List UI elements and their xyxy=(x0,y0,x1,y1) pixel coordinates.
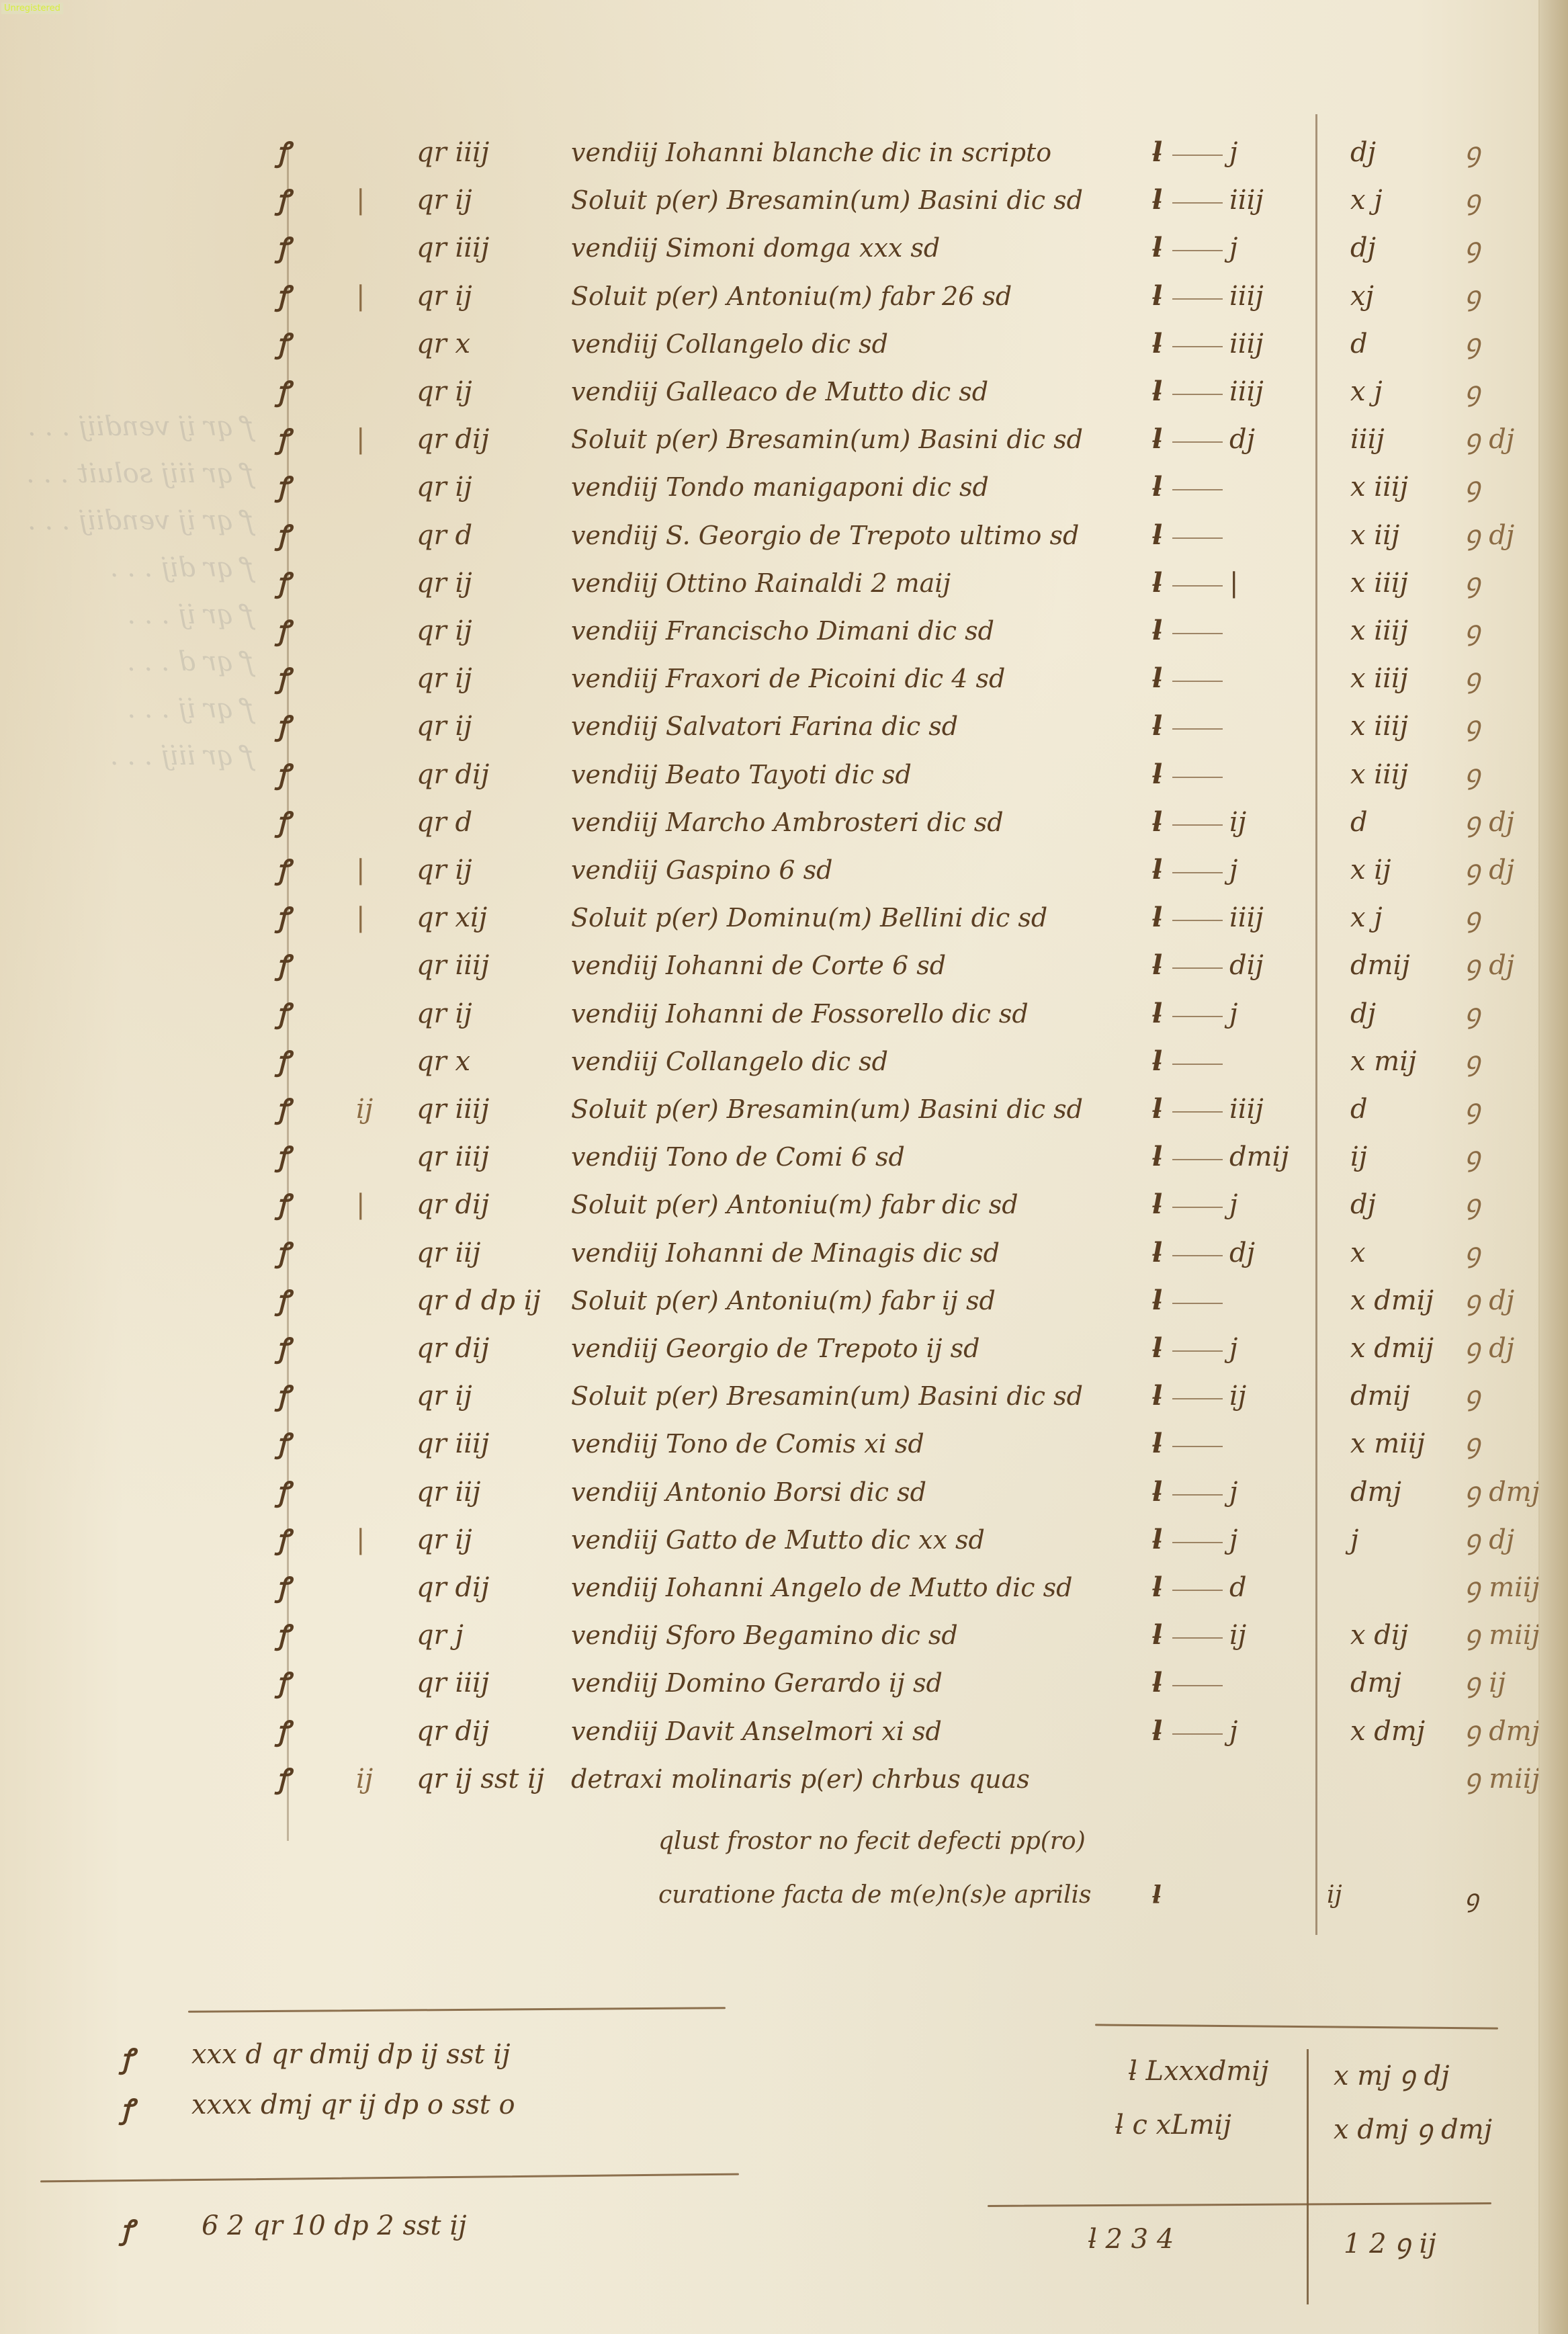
pound-dash-line xyxy=(1172,872,1223,873)
entry-quantity: qr ij xyxy=(417,562,537,604)
entry-pounds: ƚ xyxy=(1152,658,1192,699)
entry-shillings: ij xyxy=(1229,1614,1303,1656)
entry-pence: iiij xyxy=(1350,419,1438,460)
entry-obols: ꝯ dj xyxy=(1465,802,1538,843)
entry-shillings: j xyxy=(1229,132,1303,173)
pound-dash-line xyxy=(1172,1494,1223,1496)
ledger-row: ꝭ|qr dijSoluit p(er) Antoniu(m) fabr dic… xyxy=(0,1184,1538,1225)
note-line-1: qlust frostor no fecit defecti pp(ro) xyxy=(658,1827,1086,1855)
entry-mark-icon: ꝭ xyxy=(277,227,304,269)
entry-pence: dj xyxy=(1350,132,1438,173)
entry-shillings: ij xyxy=(1229,802,1303,843)
entry-obols: ꝯ xyxy=(1465,993,1538,1035)
entry-pounds: ƚ xyxy=(1152,419,1192,460)
note-lb: ƚ xyxy=(1152,1881,1162,1909)
entry-obols: ꝯ xyxy=(1465,1136,1538,1178)
entry-obols: ꝯ xyxy=(1465,275,1538,317)
pound-dash-line xyxy=(1172,1111,1223,1113)
entry-quantity: qr iiij xyxy=(417,1088,537,1130)
pound-dash-line xyxy=(1172,1350,1223,1352)
ledger-row: ꝭqr iijvendiij Antonio Borsi dic sdƚjdmj… xyxy=(0,1471,1538,1513)
entry-mark-icon: ꝭ xyxy=(277,1423,304,1465)
totals-right-divider xyxy=(1307,2049,1309,2304)
pound-dash-line xyxy=(1172,1064,1223,1065)
entry-pence: x iiij xyxy=(1350,754,1438,795)
entry-mark-icon: ꝭ xyxy=(277,849,304,891)
entry-pounds: ƚ xyxy=(1152,371,1192,413)
entry-quantity: qr x xyxy=(417,1041,537,1082)
ledger-row: ꝭqr xvendiij Collangelo dic sdƚx mijꝯ xyxy=(0,1041,1538,1082)
entry-quantity: qr ij xyxy=(417,179,537,221)
pound-dash-line xyxy=(1172,1303,1223,1304)
entry-pence: x j xyxy=(1350,179,1438,221)
entry-mark-icon: ꝭ xyxy=(277,1375,304,1417)
entry-mark-icon: ꝭ xyxy=(277,1519,304,1561)
ledger-row: ꝭqr dijvendiij Iohanni Angelo de Mutto d… xyxy=(0,1567,1538,1608)
entry-obols: ꝯ xyxy=(1465,658,1538,699)
entry-mark-icon: ꝭ xyxy=(277,1136,304,1178)
ledger-row: ꝭqr iiijvendiij Simoni domga xxx sdƚjdjꝯ xyxy=(0,227,1538,269)
totals-left-line-2: xxxx dmj qr ij dp o sst o xyxy=(191,2089,515,2120)
totals-left-mark-2: ꝭ xyxy=(121,2089,134,2126)
entry-pence: x miij xyxy=(1350,1423,1438,1465)
entry-mark-icon: ꝭ xyxy=(277,1614,304,1656)
entry-shillings: j xyxy=(1229,1184,1303,1225)
entry-obols: ꝯ dj xyxy=(1465,1328,1538,1369)
entry-description: Soluit p(er) Antoniu(m) fabr 26 sd xyxy=(571,275,1162,317)
entry-pence: x mij xyxy=(1350,1041,1438,1082)
entry-pence: d xyxy=(1350,802,1438,843)
ledger-row: ꝭqr ijvendiij Salvatori Farina dic sdƚx … xyxy=(0,705,1538,747)
ledger-row: ꝭqr dijvendiij Beato Tayoti dic sdƚx iii… xyxy=(0,754,1538,795)
entry-description: vendiij Marcho Ambrosteri dic sd xyxy=(571,802,1162,843)
entry-description: Soluit p(er) Bresamin(um) Basini dic sd xyxy=(571,419,1162,460)
binding-gutter xyxy=(1538,0,1568,2334)
ledger-row: ꝭqr dvendiij S. Georgio de Trepoto ultim… xyxy=(0,515,1538,556)
entry-mark-icon: ꝭ xyxy=(277,562,304,604)
totals-left-line-1: xxx d qr dmij dp ij sst ij xyxy=(191,2039,510,2070)
entry-pounds: ƚ xyxy=(1152,945,1192,986)
pound-dash-line xyxy=(1172,920,1223,921)
entry-description: vendiij Collangelo dic sd xyxy=(571,1041,1162,1082)
entry-tick: | xyxy=(356,897,383,939)
entry-description: vendiij Sforo Begamino dic sd xyxy=(571,1614,1162,1656)
pound-dash-line xyxy=(1172,1685,1223,1686)
entry-obols: ꝯ miij xyxy=(1465,1614,1538,1656)
entry-pounds: ƚ xyxy=(1152,1471,1192,1513)
entry-obols: ꝯ dj xyxy=(1465,515,1538,556)
entry-pounds: ƚ xyxy=(1152,323,1192,365)
entry-pence: dmij xyxy=(1350,1375,1438,1417)
entry-quantity: qr iij xyxy=(417,1471,537,1513)
entry-pence: x dij xyxy=(1350,1614,1438,1656)
entry-tick: | xyxy=(356,275,383,317)
entry-obols: ꝯ dj xyxy=(1465,1280,1538,1322)
entry-pounds: ƚ xyxy=(1152,1280,1192,1322)
ledger-row: ꝭqr iiijvendiij Iohanni de Corte 6 sdƚdi… xyxy=(0,945,1538,986)
entry-mark-icon: ꝭ xyxy=(277,419,304,460)
ledger-row: ꝭqr xvendiij Collangelo dic sdƚiiijdꝯ xyxy=(0,323,1538,365)
entry-tick: | xyxy=(356,1184,383,1225)
entry-pence: ij xyxy=(1350,1136,1438,1178)
entry-obols: ꝯ dj xyxy=(1465,419,1538,460)
entry-obols: ꝯ xyxy=(1465,1423,1538,1465)
entry-quantity: qr iiij xyxy=(417,132,537,173)
ledger-row: ꝭ|qr xijSoluit p(er) Dominu(m) Bellini d… xyxy=(0,897,1538,939)
entry-mark-icon: ꝭ xyxy=(277,1041,304,1082)
entry-pence: x dmij xyxy=(1350,1328,1438,1369)
entry-obols: ꝯ ij xyxy=(1465,1662,1538,1704)
ledger-row: ꝭijqr iiijSoluit p(er) Bresamin(um) Basi… xyxy=(0,1088,1538,1130)
entry-tick: | xyxy=(356,419,383,460)
entry-quantity: qr ij xyxy=(417,610,537,652)
entry-pence: x iiij xyxy=(1350,610,1438,652)
entry-pounds: ƚ xyxy=(1152,515,1192,556)
pound-dash-line xyxy=(1172,346,1223,347)
entry-description: vendiij Georgio de Trepoto ij sd xyxy=(571,1328,1162,1369)
entry-description: vendiij Tono de Comis xi sd xyxy=(571,1423,1162,1465)
entry-pounds: ƚ xyxy=(1152,1088,1192,1130)
entry-shillings: dj xyxy=(1229,419,1303,460)
entry-pounds: ƚ xyxy=(1152,705,1192,747)
ledger-row: ꝭqr ijSoluit p(er) Bresamin(um) Basini d… xyxy=(0,1375,1538,1417)
totals-left-bottom-rule xyxy=(40,2173,739,2183)
entry-shillings: j xyxy=(1229,1519,1303,1561)
ledger-row: ꝭqr dijvendiij Davit Anselmori xi sdƚjx … xyxy=(0,1711,1538,1752)
entry-mark-icon: ꝭ xyxy=(277,1184,304,1225)
entry-pounds: ƚ xyxy=(1152,466,1192,508)
entry-shillings: dij xyxy=(1229,945,1303,986)
pound-dash-line xyxy=(1172,250,1223,251)
entry-mark-icon: ꝭ xyxy=(277,323,304,365)
ledger-row: ꝭqr ijvendiij Galleaco de Mutto dic sdƚi… xyxy=(0,371,1538,413)
entry-description: Soluit p(er) Antoniu(m) fabr dic sd xyxy=(571,1184,1162,1225)
entry-description: vendiij Ottino Rainaldi 2 maij xyxy=(571,562,1162,604)
entry-quantity: qr dij xyxy=(417,1184,537,1225)
totals-left-sum-mark: ꝭ xyxy=(121,2210,134,2247)
entry-pounds: ƚ xyxy=(1152,1567,1192,1608)
entry-obols: ꝯ xyxy=(1465,754,1538,795)
pound-dash-line xyxy=(1172,202,1223,204)
entry-obols: ꝯ xyxy=(1465,1232,1538,1274)
pound-dash-line xyxy=(1172,1398,1223,1399)
entry-quantity: qr dij xyxy=(417,419,537,460)
entry-obols: ꝯ xyxy=(1465,371,1538,413)
entry-description: vendiij Galleaco de Mutto dic sd xyxy=(571,371,1162,413)
entry-shillings: d xyxy=(1229,1567,1303,1608)
totals-right-line-1-right: x mj ꝯ dj xyxy=(1334,2056,1450,2093)
pound-dash-line xyxy=(1172,824,1223,826)
ledger-row: ꝭqr d dp ijSoluit p(er) Antoniu(m) fabr … xyxy=(0,1280,1538,1322)
entry-pounds: ƚ xyxy=(1152,849,1192,891)
entry-pounds: ƚ xyxy=(1152,1041,1192,1082)
entry-pence: x xyxy=(1350,1232,1438,1274)
entry-obols: ꝯ xyxy=(1465,466,1538,508)
pound-dash-line xyxy=(1172,585,1223,587)
entry-pence: x iiij xyxy=(1350,466,1438,508)
pound-dash-line xyxy=(1172,537,1223,539)
entry-pounds: ƚ xyxy=(1152,1519,1192,1561)
pound-dash-line xyxy=(1172,1590,1223,1591)
totals-right-sum-right: 1 2 ꝯ ij xyxy=(1344,2224,1436,2261)
totals-left-sum: 6 2 qr 10 dp 2 sst ij xyxy=(202,2210,467,2241)
entry-shillings: dj xyxy=(1229,1232,1303,1274)
entry-shillings: iiij xyxy=(1229,1088,1303,1130)
entry-description: Soluit p(er) Dominu(m) Bellini dic sd xyxy=(571,897,1162,939)
entry-pence: x j xyxy=(1350,897,1438,939)
entry-quantity: qr iiij xyxy=(417,1423,537,1465)
ledger-row: ꝭ|qr dijSoluit p(er) Bresamin(um) Basini… xyxy=(0,419,1538,460)
entry-tick: | xyxy=(356,179,383,221)
entry-pence: x ij xyxy=(1350,849,1438,891)
entry-shillings: iiij xyxy=(1229,897,1303,939)
entry-mark-icon: ꝭ xyxy=(277,466,304,508)
entry-mark-icon: ꝭ xyxy=(277,515,304,556)
ledger-row: ꝭqr iiijvendiij Tono de Comis xi sdƚx mi… xyxy=(0,1423,1538,1465)
entry-description: vendiij Davit Anselmori xi sd xyxy=(571,1711,1162,1752)
pound-dash-line xyxy=(1172,155,1223,156)
entry-quantity: qr j xyxy=(417,1614,537,1656)
pound-dash-line xyxy=(1172,1637,1223,1639)
entry-pounds: ƚ xyxy=(1152,1423,1192,1465)
pound-dash-line xyxy=(1172,777,1223,778)
entry-pence: dmij xyxy=(1350,945,1438,986)
entry-obols: ꝯ xyxy=(1465,132,1538,173)
entry-pounds: ƚ xyxy=(1152,179,1192,221)
entry-quantity: qr iiij xyxy=(417,227,537,269)
entry-shillings: j xyxy=(1229,1471,1303,1513)
entry-shillings: dmij xyxy=(1229,1136,1303,1178)
entry-mark-icon: ꝭ xyxy=(277,1711,304,1752)
entry-tick: ij xyxy=(356,1088,383,1130)
totals-right-bottom-rule xyxy=(988,2202,1491,2207)
entry-obols: ꝯ xyxy=(1465,705,1538,747)
entry-pence: j xyxy=(1350,1519,1438,1561)
pound-dash-line xyxy=(1172,298,1223,300)
entry-description: detraxi molinaris p(er) chrbus quas xyxy=(571,1758,1162,1800)
ledger-row: ꝭqr ijvendiij Fraxori de Picoini dic 4 s… xyxy=(0,658,1538,699)
entry-mark-icon: ꝭ xyxy=(277,1758,304,1800)
entry-description: vendiij Gaspino 6 sd xyxy=(571,849,1162,891)
totals-right-line-2-right: x dmj ꝯ dmj xyxy=(1334,2110,1492,2147)
ledger-row: ꝭqr iiijvendiij Tono de Comi 6 sdƚdmijij… xyxy=(0,1136,1538,1178)
pound-dash-line xyxy=(1172,1446,1223,1447)
entry-shillings: iiij xyxy=(1229,323,1303,365)
ledger-row: ꝭqr jvendiij Sforo Begamino dic sdƚijx d… xyxy=(0,1614,1538,1656)
entry-obols: ꝯ xyxy=(1465,179,1538,221)
ledger-row: ꝭ|qr ijSoluit p(er) Antoniu(m) fabr 26 s… xyxy=(0,275,1538,317)
entry-mark-icon: ꝭ xyxy=(277,275,304,317)
ledger-row: ꝭqr ijvendiij Tondo manigaponi dic sdƚx … xyxy=(0,466,1538,508)
entry-pence: d xyxy=(1350,1088,1438,1130)
entry-pounds: ƚ xyxy=(1152,802,1192,843)
entry-shillings: iiij xyxy=(1229,275,1303,317)
entry-pounds: ƚ xyxy=(1152,227,1192,269)
pound-dash-line xyxy=(1172,1733,1223,1735)
pound-dash-line xyxy=(1172,394,1223,395)
entry-description: Soluit p(er) Bresamin(um) Basini dic sd xyxy=(571,1088,1162,1130)
pound-dash-line xyxy=(1172,633,1223,634)
ledger-row: ꝭqr dvendiij Marcho Ambrosteri dic sdƚij… xyxy=(0,802,1538,843)
entry-obols: ꝯ xyxy=(1465,562,1538,604)
entry-mark-icon: ꝭ xyxy=(277,945,304,986)
pound-dash-line xyxy=(1172,1542,1223,1543)
manuscript-page: Unregistered ꝭ qr ij vendiij . . .ꝭ qr i… xyxy=(0,0,1538,2334)
entry-mark-icon: ꝭ xyxy=(277,371,304,413)
entry-obols: ꝯ xyxy=(1465,610,1538,652)
totals-right-top-rule xyxy=(1095,2024,1498,2029)
entry-description: Soluit p(er) Bresamin(um) Basini dic sd xyxy=(571,179,1162,221)
entry-quantity: qr iij xyxy=(417,1232,537,1274)
ledger-row: ꝭqr iijvendiij Iohanni de Minagis dic sd… xyxy=(0,1232,1538,1274)
entry-pence: x iiij xyxy=(1350,658,1438,699)
pound-dash-line xyxy=(1172,1255,1223,1256)
entry-shillings: j xyxy=(1229,849,1303,891)
entry-obols: ꝯ xyxy=(1465,1088,1538,1130)
entry-mark-icon: ꝭ xyxy=(277,132,304,173)
entry-pence: xj xyxy=(1350,275,1438,317)
entry-obols: ꝯ dj xyxy=(1465,849,1538,891)
entry-obols: ꝯ miij xyxy=(1465,1567,1538,1608)
entry-shillings: | xyxy=(1229,562,1303,604)
entry-obols: ꝯ xyxy=(1465,897,1538,939)
unregistered-watermark: Unregistered xyxy=(1,3,63,14)
entry-mark-icon: ꝭ xyxy=(277,897,304,939)
entry-mark-icon: ꝭ xyxy=(277,1232,304,1274)
entry-pounds: ƚ xyxy=(1152,1136,1192,1178)
ledger-row: ꝭqr iiijvendiij Domino Gerardo ij sdƚdmj… xyxy=(0,1662,1538,1704)
entry-pence: x j xyxy=(1350,371,1438,413)
entry-mark-icon: ꝭ xyxy=(277,1471,304,1513)
entry-obols: ꝯ xyxy=(1465,1184,1538,1225)
entry-shillings: ij xyxy=(1229,1375,1303,1417)
pound-dash-line xyxy=(1172,1207,1223,1208)
entry-description: vendiij Collangelo dic sd xyxy=(571,323,1162,365)
entry-mark-icon: ꝭ xyxy=(277,754,304,795)
entry-mark-icon: ꝭ xyxy=(277,993,304,1035)
entry-pounds: ƚ xyxy=(1152,562,1192,604)
entry-shillings: iiij xyxy=(1229,371,1303,413)
entry-shillings: iiij xyxy=(1229,179,1303,221)
entry-mark-icon: ꝭ xyxy=(277,658,304,699)
entry-pounds: ƚ xyxy=(1152,1232,1192,1274)
note-ob: ꝯ xyxy=(1465,1881,1479,1914)
entry-obols: ꝯ dj xyxy=(1465,945,1538,986)
entry-tick: | xyxy=(356,1519,383,1561)
entry-quantity: qr ij sst ij xyxy=(417,1758,537,1800)
entry-description: Soluit p(er) Antoniu(m) fabr ij sd xyxy=(571,1280,1162,1322)
entry-quantity: qr ij xyxy=(417,371,537,413)
pound-dash-line xyxy=(1172,967,1223,969)
ledger-row: ꝭqr dijvendiij Georgio de Trepoto ij sdƚ… xyxy=(0,1328,1538,1369)
entry-tick: | xyxy=(356,849,383,891)
ledger-row: ꝭijqr ij sst ijdetraxi molinaris p(er) c… xyxy=(0,1758,1538,1800)
entry-quantity: qr iiij xyxy=(417,945,537,986)
entry-pence: x dmj xyxy=(1350,1711,1438,1752)
entry-pounds: ƚ xyxy=(1152,1328,1192,1369)
entry-description: vendiij Tono de Comi 6 sd xyxy=(571,1136,1162,1178)
entry-description: vendiij Iohanni de Corte 6 sd xyxy=(571,945,1162,986)
entry-description: vendiij Gatto de Mutto dic xx sd xyxy=(571,1519,1162,1561)
entry-obols: ꝯ dmj xyxy=(1465,1471,1538,1513)
entry-pence: x dmij xyxy=(1350,1280,1438,1322)
entry-quantity: qr d xyxy=(417,802,537,843)
entry-description: vendiij Salvatori Farina dic sd xyxy=(571,705,1162,747)
entry-description: vendiij Iohanni Angelo de Mutto dic sd xyxy=(571,1567,1162,1608)
entry-obols: ꝯ miij xyxy=(1465,1758,1538,1800)
entry-description: vendiij S. Georgio de Trepoto ultimo sd xyxy=(571,515,1162,556)
entry-description: vendiij Iohanni de Fossorello dic sd xyxy=(571,993,1162,1035)
entry-obols: ꝯ xyxy=(1465,227,1538,269)
entry-pence: dmj xyxy=(1350,1471,1438,1513)
entry-obols: ꝯ dj xyxy=(1465,1519,1538,1561)
entry-quantity: qr ij xyxy=(417,1519,537,1561)
totals-left-mark-1: ꝭ xyxy=(121,2039,134,2076)
note-line-2: curatione facta de m(e)n(s)e aprilis xyxy=(658,1881,1091,1909)
entry-quantity: qr dij xyxy=(417,1328,537,1369)
totals-left-top-rule xyxy=(188,2007,726,2013)
entry-mark-icon: ꝭ xyxy=(277,179,304,221)
entry-mark-icon: ꝭ xyxy=(277,1280,304,1322)
entry-shillings: j xyxy=(1229,227,1303,269)
entry-pence: dj xyxy=(1350,227,1438,269)
entry-mark-icon: ꝭ xyxy=(277,802,304,843)
entry-pence: dmj xyxy=(1350,1662,1438,1704)
entry-pounds: ƚ xyxy=(1152,1375,1192,1417)
entry-pounds: ƚ xyxy=(1152,1614,1192,1656)
entry-mark-icon: ꝭ xyxy=(277,610,304,652)
entry-pounds: ƚ xyxy=(1152,275,1192,317)
pound-dash-line xyxy=(1172,1159,1223,1160)
entry-shillings: j xyxy=(1229,1711,1303,1752)
pound-dash-line xyxy=(1172,1016,1223,1017)
ledger-row: ꝭqr ijvendiij Francischo Dimani dic sdƚx… xyxy=(0,610,1538,652)
totals-right-sum-left: ƚ 2 3 4 xyxy=(1088,2224,1174,2255)
ledger-row: ꝭqr iiijvendiij Iohanni blanche dic in s… xyxy=(0,132,1538,173)
entry-description: vendiij Simoni domga xxx sd xyxy=(571,227,1162,269)
entry-obols: ꝯ dmj xyxy=(1465,1711,1538,1752)
entry-obols: ꝯ xyxy=(1465,1375,1538,1417)
entry-mark-icon: ꝭ xyxy=(277,705,304,747)
entry-tick: ij xyxy=(356,1758,383,1800)
entry-description: vendiij Fraxori de Picoini dic 4 sd xyxy=(571,658,1162,699)
totals-right-line-1-left: ƚ Lxxxdmij xyxy=(1129,2056,1268,2087)
entry-description: vendiij Antonio Borsi dic sd xyxy=(571,1471,1162,1513)
entry-pence: dj xyxy=(1350,1184,1438,1225)
note-d: ij xyxy=(1327,1881,1342,1909)
entry-description: vendiij Domino Gerardo ij sd xyxy=(571,1662,1162,1704)
entry-shillings: j xyxy=(1229,1328,1303,1369)
entry-description: vendiij Beato Tayoti dic sd xyxy=(571,754,1162,795)
entry-pounds: ƚ xyxy=(1152,993,1192,1035)
entry-pounds: ƚ xyxy=(1152,1711,1192,1752)
ledger-row: ꝭqr ijvendiij Ottino Rainaldi 2 maijƚ|x … xyxy=(0,562,1538,604)
entry-quantity: qr ij xyxy=(417,275,537,317)
pound-dash-line xyxy=(1172,489,1223,490)
entry-quantity: qr ij xyxy=(417,466,537,508)
pound-dash-line xyxy=(1172,681,1223,682)
entry-mark-icon: ꝭ xyxy=(277,1088,304,1130)
entry-quantity: qr ij xyxy=(417,658,537,699)
entry-quantity: qr ij xyxy=(417,993,537,1035)
totals-right-line-2-left: ƚ c xLmij xyxy=(1115,2110,1231,2141)
ledger-row: ꝭ|qr ijSoluit p(er) Bresamin(um) Basini … xyxy=(0,179,1538,221)
entry-quantity: qr dij xyxy=(417,754,537,795)
entry-pounds: ƚ xyxy=(1152,132,1192,173)
ledger-row: ꝭ|qr ijvendiij Gaspino 6 sdƚjx ijꝯ dj xyxy=(0,849,1538,891)
ledger-row: ꝭ|qr ijvendiij Gatto de Mutto dic xx sdƚ… xyxy=(0,1519,1538,1561)
ledger-row: ꝭqr ijvendiij Iohanni de Fossorello dic … xyxy=(0,993,1538,1035)
